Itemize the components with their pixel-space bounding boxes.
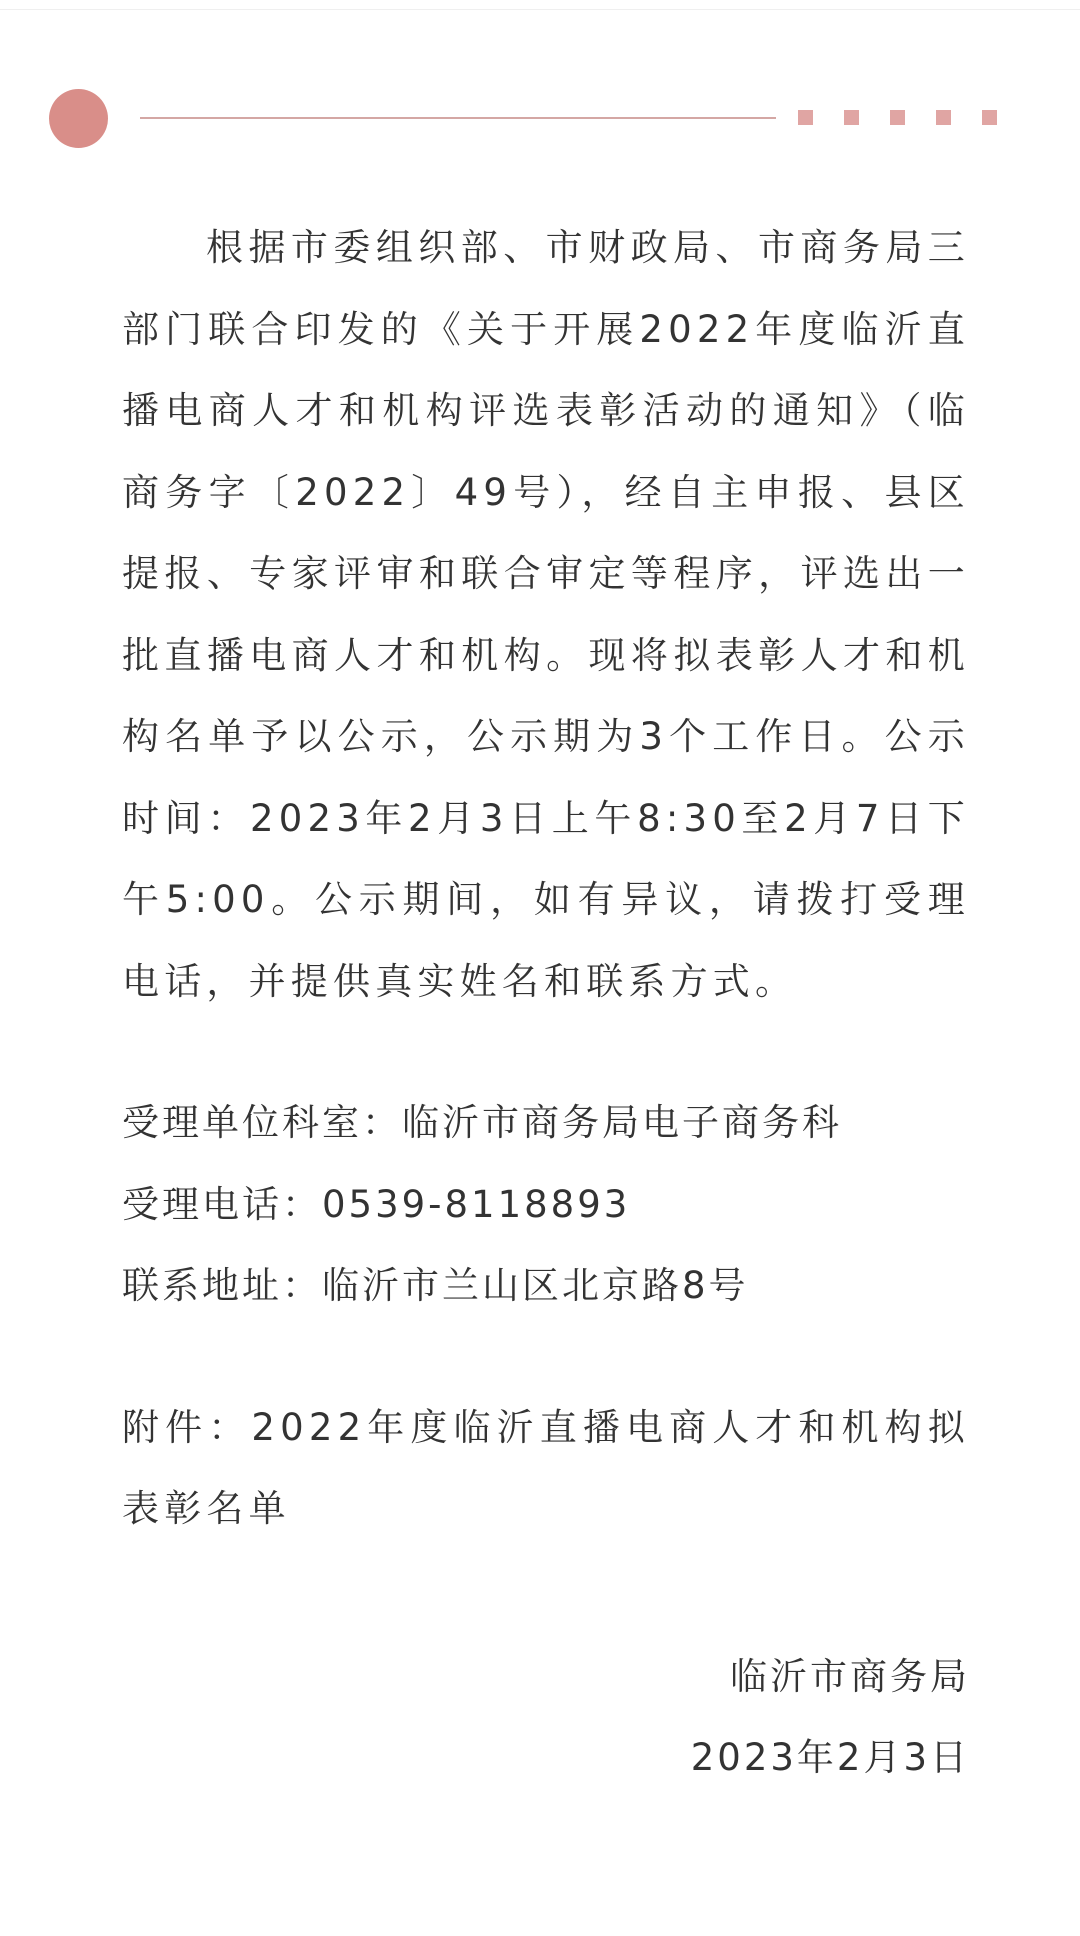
- decor-square-icon: [844, 110, 859, 125]
- decor-square-icon: [936, 110, 951, 125]
- signature-organization: 临沂市商务局: [122, 1636, 970, 1718]
- decor-square-icon: [982, 110, 997, 125]
- signature-date: 2023年2月3日: [122, 1717, 970, 1799]
- contact-phone: 受理电话：0539-8118893: [122, 1164, 970, 1246]
- contact-department: 受理单位科室：临沂市商务局电子商务科: [122, 1082, 970, 1164]
- contact-address-value: 临沂市兰山区北京路8号: [322, 1264, 749, 1307]
- contact-address-label: 联系地址：: [122, 1264, 322, 1307]
- contact-department-label: 受理单位科室：: [122, 1101, 402, 1144]
- spacer: [122, 1550, 970, 1636]
- contact-phone-label: 受理电话：: [122, 1183, 322, 1226]
- decor-circle-icon: [49, 89, 108, 148]
- spacer: [122, 1327, 970, 1387]
- contact-address: 联系地址：临沂市兰山区北京路8号: [122, 1245, 970, 1327]
- notice-body-paragraph: 根据市委组织部、市财政局、市商务局三部门联合印发的《关于开展2022年度临沂直播…: [122, 207, 970, 1022]
- decor-line: [140, 117, 776, 119]
- header-decoration: [0, 0, 1080, 160]
- spacer: [122, 1022, 970, 1082]
- notice-content: 根据市委组织部、市财政局、市商务局三部门联合印发的《关于开展2022年度临沂直播…: [122, 207, 970, 1799]
- attachment-label: 附件：: [122, 1406, 251, 1449]
- decor-square-icon: [798, 110, 813, 125]
- contact-phone-value[interactable]: 0539-8118893: [322, 1183, 630, 1226]
- contact-department-value: 临沂市商务局电子商务科: [402, 1101, 842, 1144]
- decor-square-icon: [890, 110, 905, 125]
- attachment-line: 附件：2022年度临沂直播电商人才和机构拟表彰名单: [122, 1387, 970, 1550]
